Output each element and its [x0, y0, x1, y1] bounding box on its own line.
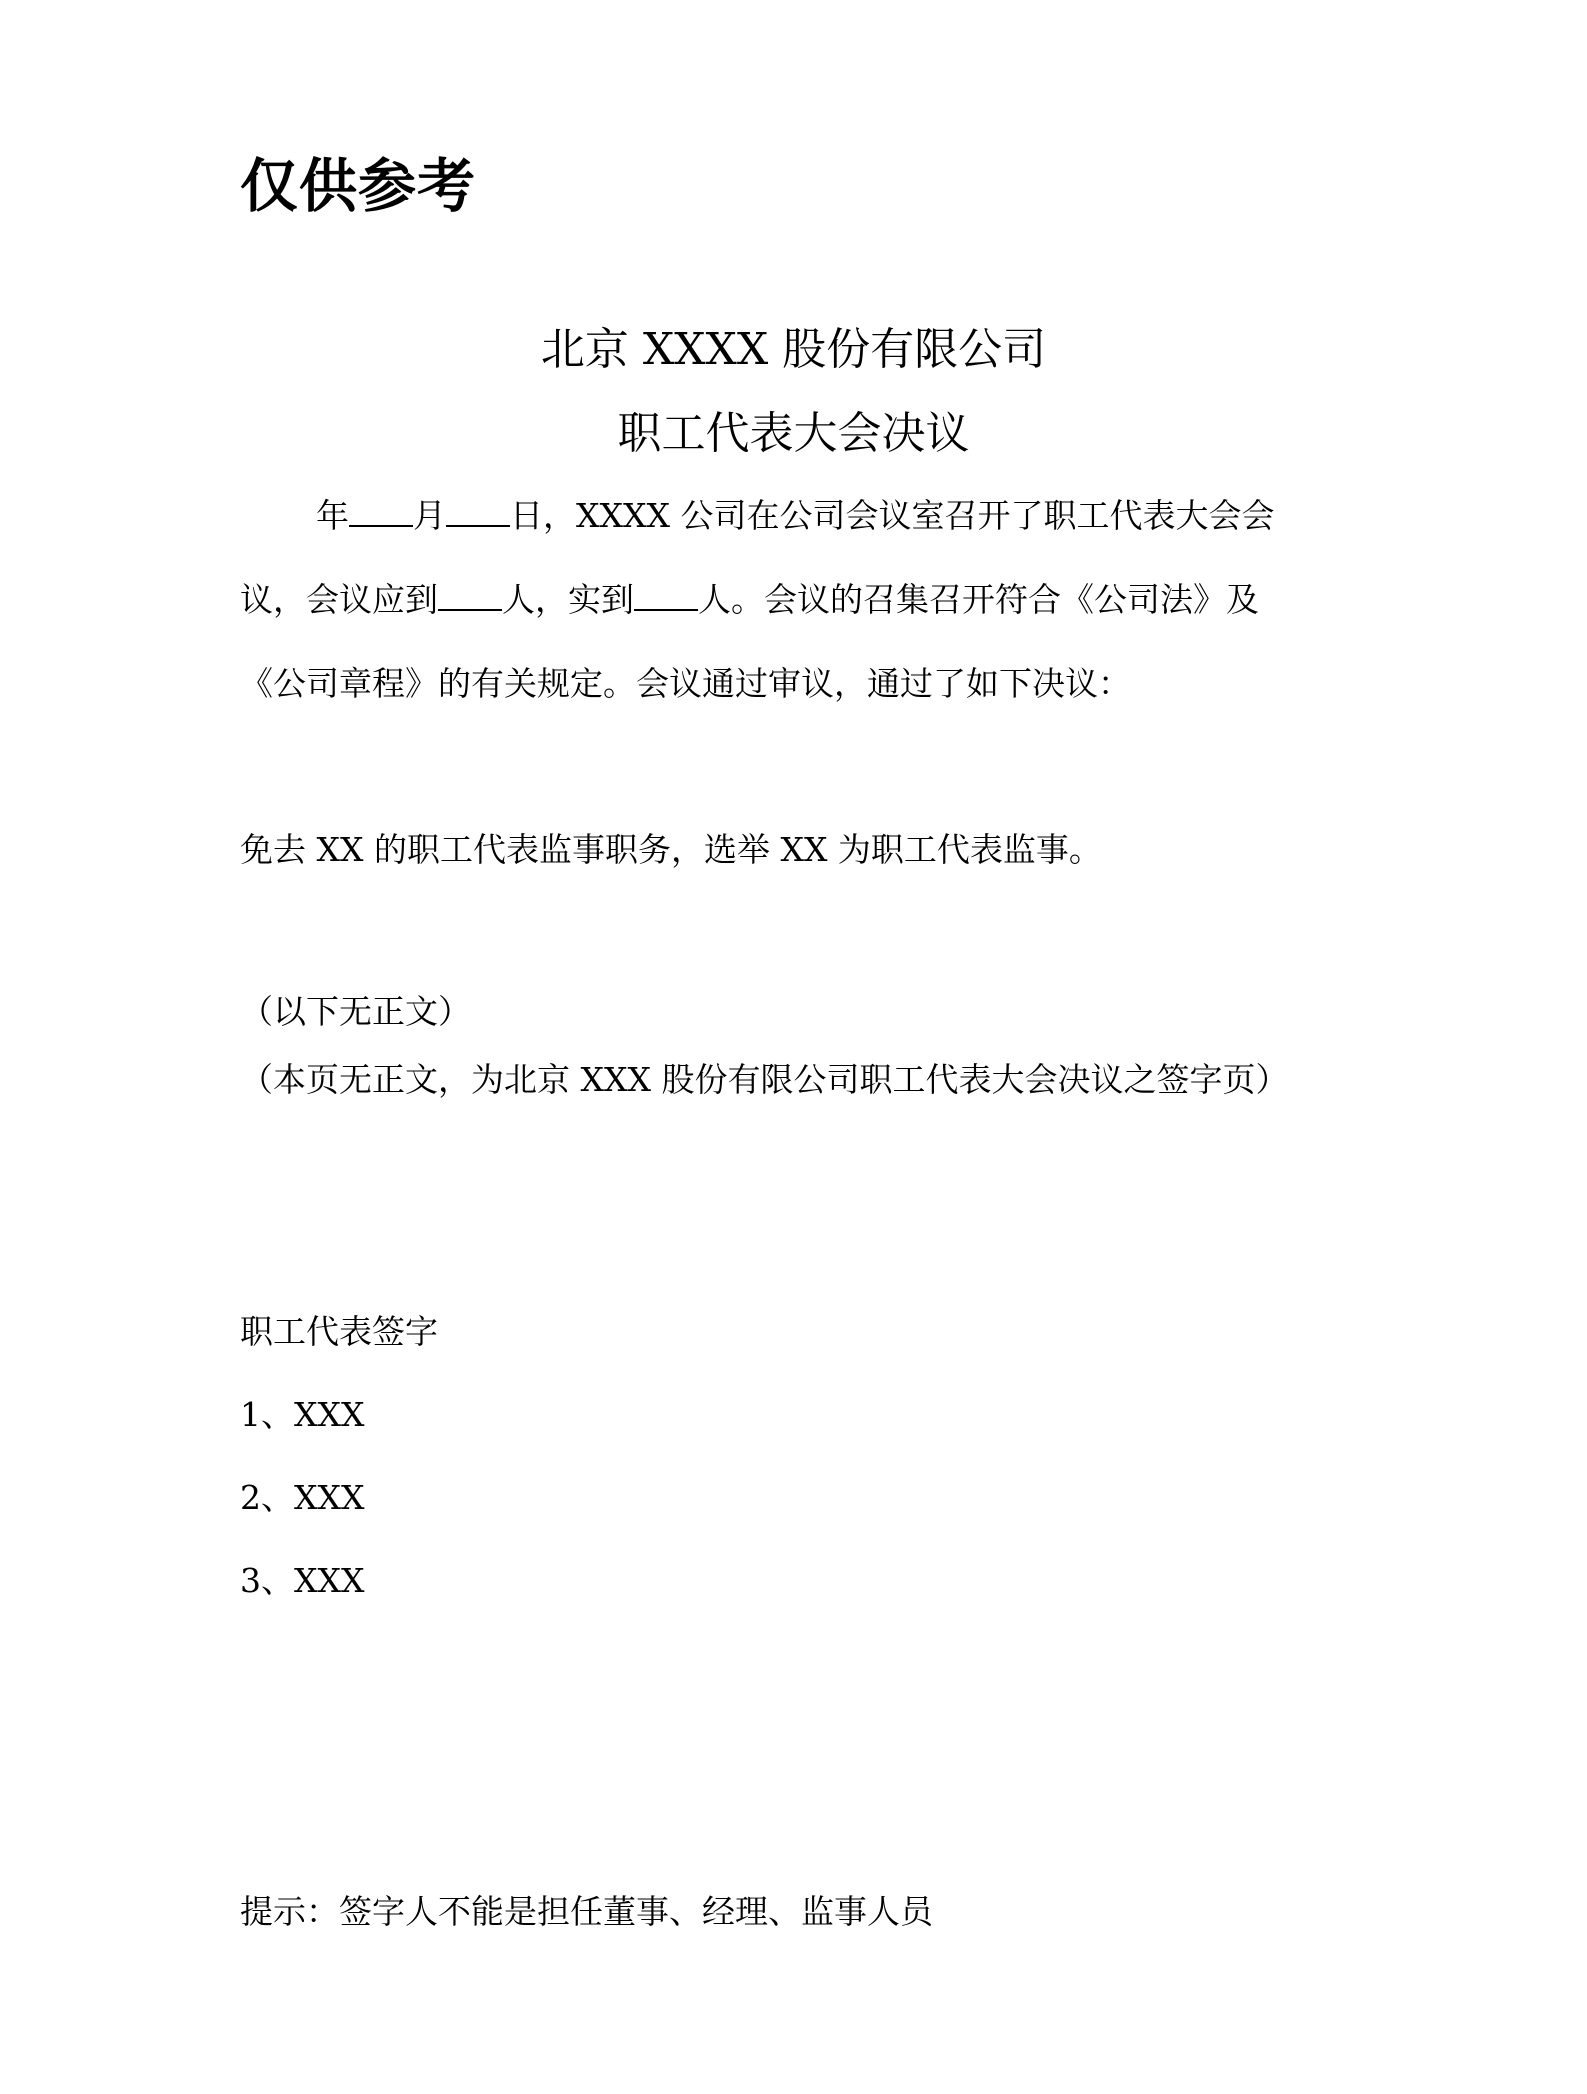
month-label: 月 — [413, 496, 446, 535]
signature-page-note: （本页无正文，为北京 XXX 股份有限公司职工代表大会决议之签字页） — [240, 1058, 1288, 1102]
intro-line-1: 年月日，XXXX 公司在公司会议室召开了职工代表大会会 — [316, 494, 1274, 538]
watermark-reference-only: 仅供参考 — [240, 148, 476, 224]
signature-heading: 职工代表签字 — [240, 1310, 438, 1354]
company-title: 北京 XXXX 股份有限公司 — [0, 320, 1587, 380]
year-label: 年 — [316, 496, 349, 535]
compliance-text: 人。会议的召集召开符合《公司法》及 — [698, 580, 1259, 619]
month-blank[interactable] — [349, 495, 413, 527]
no-more-text-note: （以下无正文） — [240, 990, 471, 1034]
day-and-text: 日，XXXX 公司在公司会议室召开了职工代表大会会 — [510, 496, 1274, 535]
day-blank[interactable] — [446, 495, 510, 527]
intro-line-3: 《公司章程》的有关规定。会议通过审议，通过了如下决议： — [240, 662, 1131, 706]
signature-item: 1、XXX — [240, 1393, 364, 1437]
hint-note: 提示：签字人不能是担任董事、经理、监事人员 — [240, 1890, 933, 1934]
expected-count-blank[interactable] — [438, 579, 502, 611]
resolution-text: 免去 XX 的职工代表监事职务，选举 XX 为职工代表监事。 — [240, 828, 1102, 872]
signature-item: 3、XXX — [240, 1559, 364, 1603]
actual-attendance-label: 人，实到 — [502, 580, 634, 619]
actual-count-blank[interactable] — [634, 579, 698, 611]
document-title: 职工代表大会决议 — [0, 404, 1587, 464]
expected-attendance-label: 议，会议应到 — [240, 580, 438, 619]
intro-line-2: 议，会议应到人，实到人。会议的召集召开符合《公司法》及 — [240, 578, 1259, 622]
signature-item: 2、XXX — [240, 1476, 364, 1520]
